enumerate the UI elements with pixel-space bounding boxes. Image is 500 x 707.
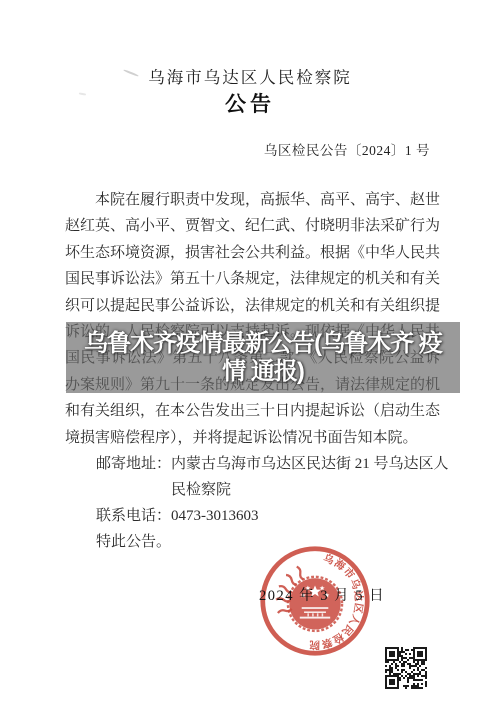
seal-date: 2024 年 3 月 5 日 [259,584,385,605]
mail-address-value: 内蒙古乌海市乌达区民达街 21 号乌达区人 [171,456,449,472]
phone-line: 联系电话：0473-3013603 [96,504,259,525]
scanned-announcement-page: 乌海市乌达区人民检察院 公告 乌区检民公告〔2024〕1 号 本院在履行职责中发… [0,0,500,707]
body-paragraph: 本院在履行职责中发现，高振华、高平、高宇、赵世刚、 赵红英、高小平、贾智文、纪仁… [65,187,440,451]
body-line: 织可以提起民事公益诉讼，法律规定的机关和有关组织提起 [65,293,440,319]
headline-line: 乌鲁木齐疫情最新公告(乌鲁木齐 疫 [84,330,442,358]
closing-line: 特此公告。 [96,530,171,551]
phone-label: 联系电话： [96,508,171,524]
mail-address-line: 邮寄地址：内蒙古乌海市乌达区民达街 21 号乌达区人 [96,452,449,473]
body-line: 坏生态环境资源，损害社会公共利益。根据《中华人民共和 [65,240,440,266]
body-line: 赵红英、高小平、贾智文、纪仁武、付晓明非法采矿行为破 [65,213,440,239]
headline-line: 情 通报) [222,358,304,386]
body-line: 和有关组织，在本公告发出三十日内提起诉讼（启动生态环 [65,398,440,424]
body-line: 本院在履行职责中发现，高振华、高平、高宇、赵世刚、 [65,187,440,213]
body-line: 国民事诉讼法》第五十八条规定，法律规定的机关和有关组 [65,266,440,292]
org-name: 乌海市乌达区人民检察院 [0,64,500,88]
phone-value: 0473-3013603 [171,508,259,524]
qr-code-icon [385,647,427,689]
headline-overlay-banner[interactable]: 乌鲁木齐疫情最新公告(乌鲁木齐 疫 情 通报) [66,322,460,393]
body-line: 境损害赔偿程序），并将提起诉讼情况书面告知本院。 [65,425,440,451]
page-title: 公告 [0,88,500,118]
mail-address-line-2: 民检察院 [171,478,231,499]
doc-number: 乌区检民公告〔2024〕1 号 [264,139,430,159]
mail-address-label: 邮寄地址： [96,456,171,472]
